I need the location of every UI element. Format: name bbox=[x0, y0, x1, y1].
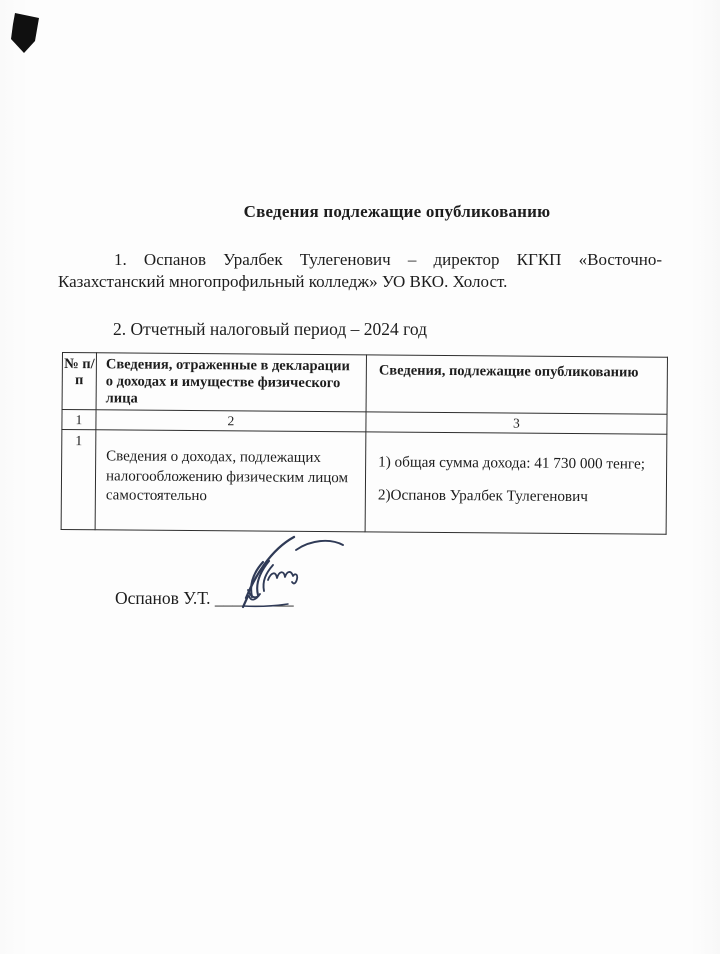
published-line-name: 2)Оспанов Уралбек Тулегенович bbox=[378, 485, 656, 507]
handwritten-signature bbox=[236, 534, 350, 612]
scanned-document-page: Сведения подлежащие опубликованию 1. Осп… bbox=[0, 0, 720, 954]
header-cell-num: № п/п bbox=[62, 353, 96, 410]
page-title: Сведения подлежащие опубликованию bbox=[0, 202, 720, 222]
declaration-info-cell: Сведения о доходах, подлежащих налогообл… bbox=[95, 430, 366, 532]
row-number-cell: 1 bbox=[61, 430, 96, 530]
column-number-cell: 3 bbox=[366, 412, 667, 434]
column-number-cell: 1 bbox=[62, 410, 96, 430]
signatory-name: Оспанов У.Т. bbox=[115, 588, 211, 608]
header-cell-declaration: Сведения, отраженные в декларации о дохо… bbox=[96, 353, 366, 412]
paragraph-tax-period: 2. Отчетный налоговый период – 2024 год bbox=[58, 319, 662, 340]
scan-artifact-mark bbox=[8, 10, 46, 56]
paragraph-line: 1. Оспанов Уралбек Тулегенович – директо… bbox=[58, 249, 662, 271]
paragraph-person-info: 1. Оспанов Уралбек Тулегенович – директо… bbox=[58, 249, 662, 292]
table-header-row: № п/п Сведения, отраженные в декларации … bbox=[62, 353, 667, 415]
publication-table: № п/п Сведения, отраженные в декларации … bbox=[61, 352, 668, 535]
published-info-cell: 1) общая сумма дохода: 41 730 000 тенге;… bbox=[365, 432, 667, 534]
header-cell-published: Сведения, подлежащие опубликованию bbox=[366, 355, 667, 414]
column-number-cell: 2 bbox=[96, 410, 366, 432]
published-line-income: 1) общая сумма дохода: 41 730 000 тенге; bbox=[378, 452, 656, 474]
table-row: 1 Сведения о доходах, подлежащих налогоо… bbox=[61, 430, 667, 535]
paragraph-line: Казахстанский многопрофильный колледж» У… bbox=[58, 271, 662, 293]
